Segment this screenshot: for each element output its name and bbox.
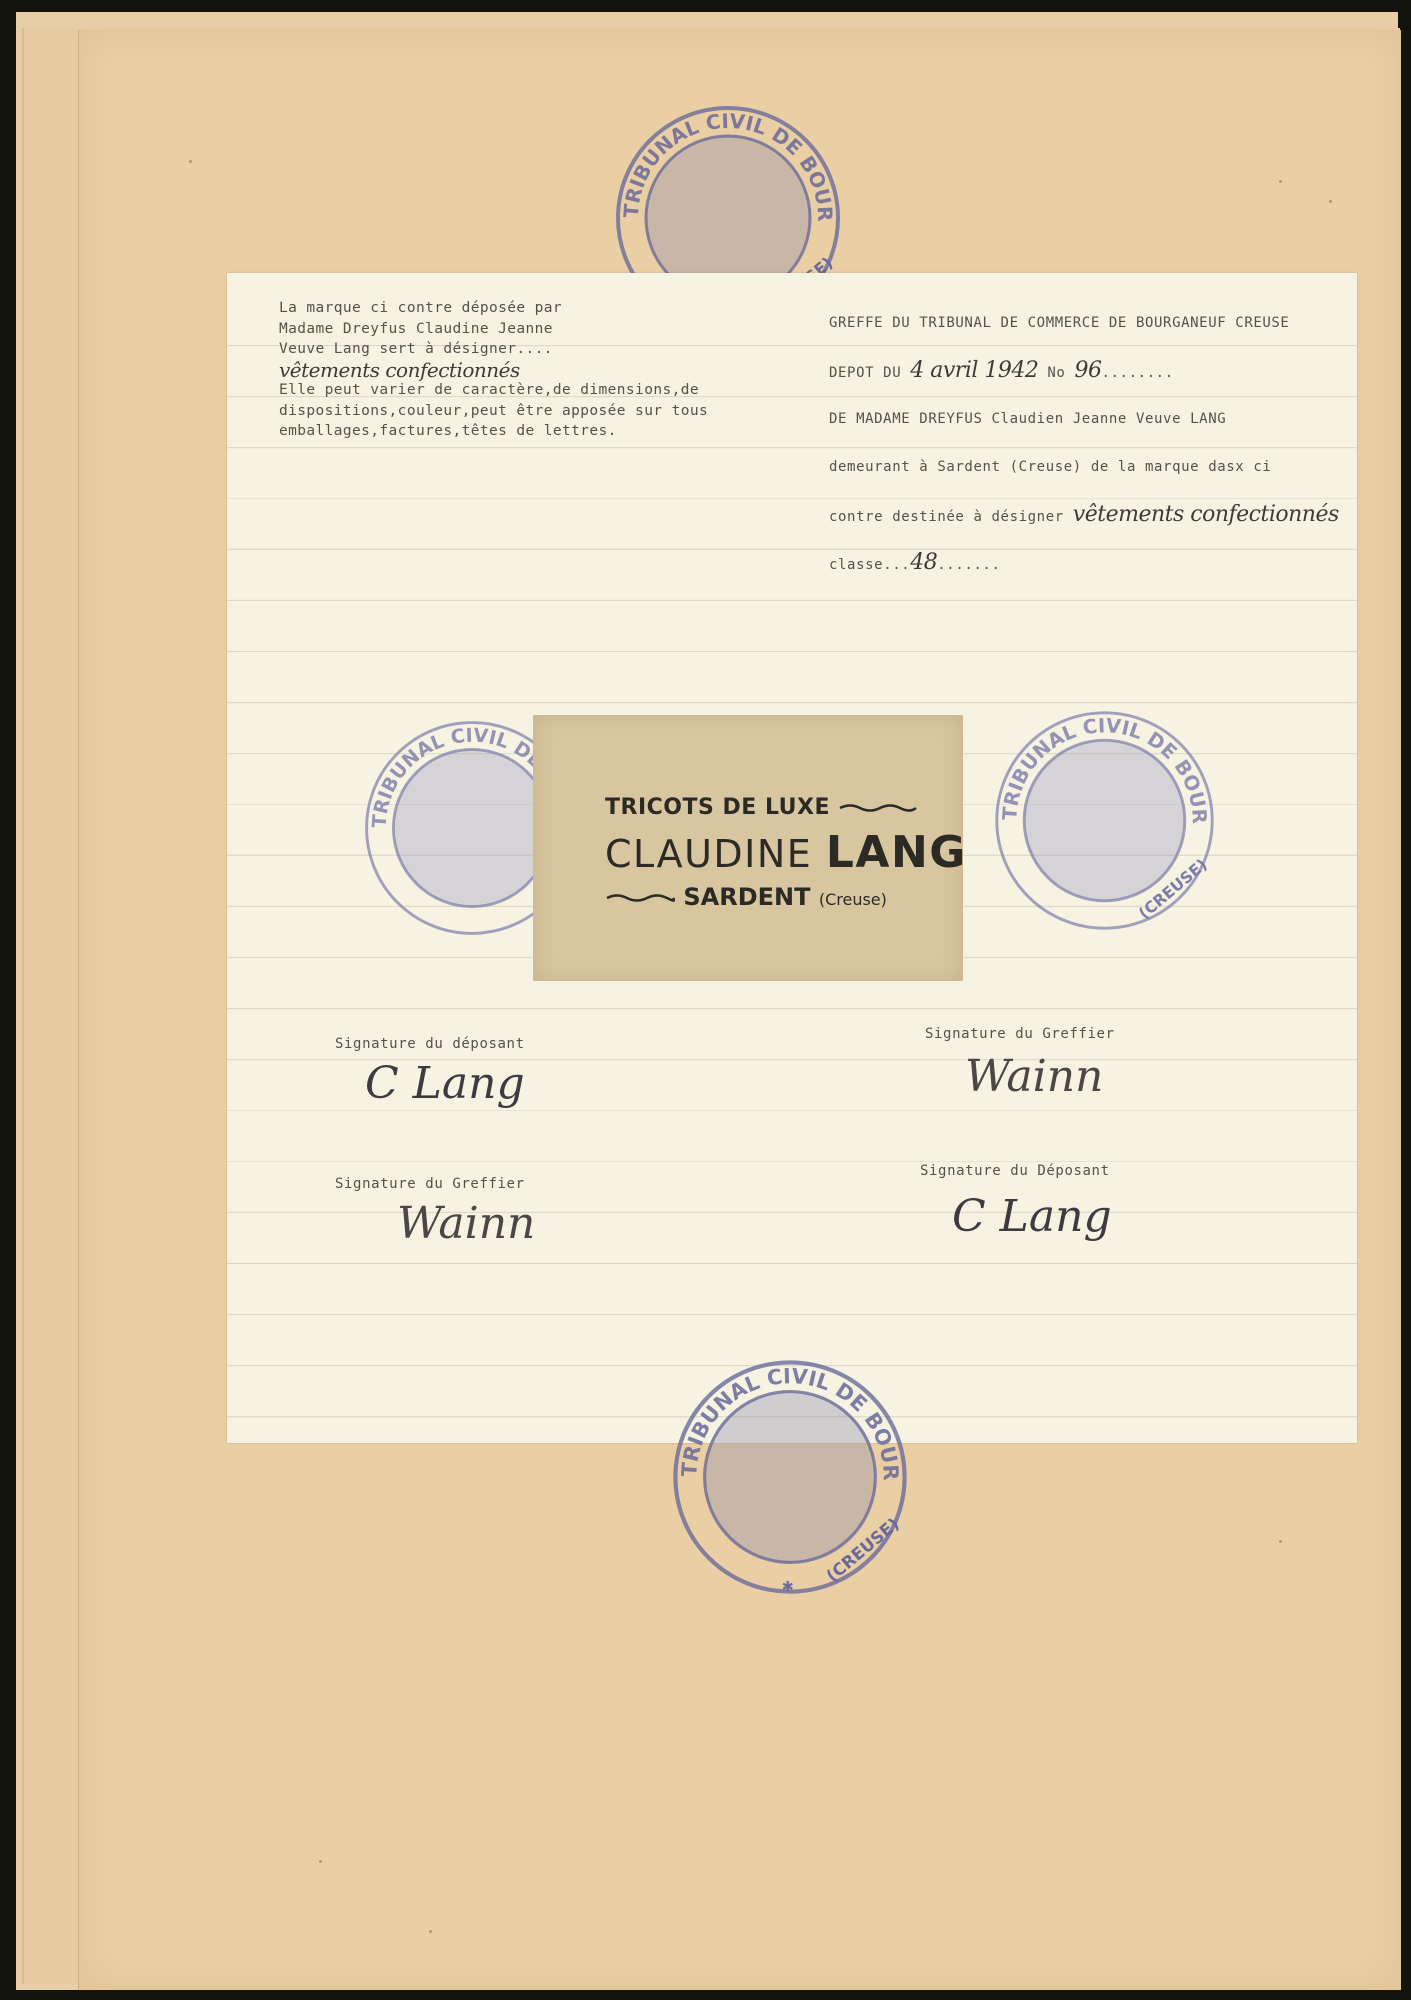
deposit-date-line: DEPOT DU 4 avril 1942 No 96........ bbox=[829, 361, 1339, 409]
notice-line: emballages,factures,têtes de lettres. bbox=[279, 421, 708, 442]
destination-line: contre destinée à désigner vêtements con… bbox=[829, 505, 1339, 553]
clerk-signature: Wainn bbox=[397, 1198, 535, 1249]
handwritten-goods: vêtements confectionnés bbox=[279, 360, 708, 381]
wave-ornament-icon bbox=[605, 892, 675, 904]
registry-header: GREFFE DU TRIBUNAL DE COMMERCE DE BOURGA… bbox=[829, 313, 1339, 361]
depot-label: DEPOT DU bbox=[829, 365, 901, 381]
number-label: No bbox=[1047, 365, 1065, 381]
classe-number: 48 bbox=[910, 550, 937, 575]
notice-line: Veuve Lang sert à désigner.... bbox=[279, 339, 708, 360]
trademark-notice: La marque ci contre déposée par Madame D… bbox=[279, 298, 708, 442]
svg-text:✱: ✱ bbox=[782, 1580, 794, 1596]
speckle bbox=[319, 1860, 322, 1863]
stamp-seal-icon: TRIBUNAL CIVIL DE BOURGANEUF (CREUSE) ✱ bbox=[665, 1352, 915, 1602]
speckle bbox=[1329, 200, 1332, 203]
court-stamp-bottom: TRIBUNAL CIVIL DE BOURGANEUF (CREUSE) ✱ bbox=[665, 1352, 915, 1602]
notice-line: dispositions,couleur,peut être apposée s… bbox=[279, 401, 708, 422]
destination-label: contre destinée à désigner bbox=[829, 509, 1064, 525]
deposit-date: 4 avril 1942 bbox=[910, 358, 1038, 383]
notice-line: Madame Dreyfus Claudine Jeanne bbox=[279, 319, 708, 340]
depositor-line: DE MADAME DREYFUS Claudien Jeanne Veuve … bbox=[829, 409, 1339, 457]
residence-line: demeurant à Sardent (Creuse) de la marqu… bbox=[829, 457, 1339, 505]
depositor-signature-label-right: Signature du Déposant bbox=[920, 1163, 1110, 1179]
label-line-3: SARDENT (Creuse) bbox=[605, 883, 887, 911]
clerk-signature-right: Wainn bbox=[965, 1051, 1103, 1102]
notice-line: Elle peut varier de caractère,de dimensi… bbox=[279, 380, 708, 401]
speckle bbox=[1279, 180, 1282, 183]
destination-goods: vêtements confectionnés bbox=[1073, 502, 1339, 527]
classe-line: classe...48....... bbox=[829, 553, 1339, 601]
clerk-signature-label: Signature du Greffier bbox=[335, 1176, 525, 1192]
deposit-number: 96 bbox=[1075, 358, 1102, 383]
wave-ornament-icon bbox=[838, 802, 918, 814]
label-line-1: TRICOTS DE LUXE bbox=[605, 795, 918, 820]
classe-label: classe bbox=[829, 557, 883, 573]
speckle bbox=[1279, 1540, 1282, 1543]
court-stamp-right: TRIBUNAL CIVIL DE BOURGANEUF (CREUSE) bbox=[987, 703, 1222, 938]
speckle bbox=[429, 1930, 432, 1933]
depositor-signature: C Lang bbox=[365, 1058, 525, 1109]
trademark-label: TRICOTS DE LUXE CLAUDINE LANG SARDENT (C… bbox=[533, 715, 963, 981]
speckle bbox=[189, 160, 192, 163]
clerk-signature-label-right: Signature du Greffier bbox=[925, 1026, 1115, 1042]
stamp-seal-icon: TRIBUNAL CIVIL DE BOURGANEUF (CREUSE) bbox=[987, 703, 1222, 938]
notice-line: La marque ci contre déposée par bbox=[279, 298, 708, 319]
depositor-signature-label: Signature du déposant bbox=[335, 1036, 525, 1052]
depositor-signature-right: C Lang bbox=[952, 1191, 1112, 1242]
deposit-record: GREFFE DU TRIBUNAL DE COMMERCE DE BOURGA… bbox=[829, 313, 1339, 601]
registration-card: La marque ci contre déposée par Madame D… bbox=[227, 273, 1357, 1443]
label-line-2: CLAUDINE LANG bbox=[605, 827, 967, 878]
